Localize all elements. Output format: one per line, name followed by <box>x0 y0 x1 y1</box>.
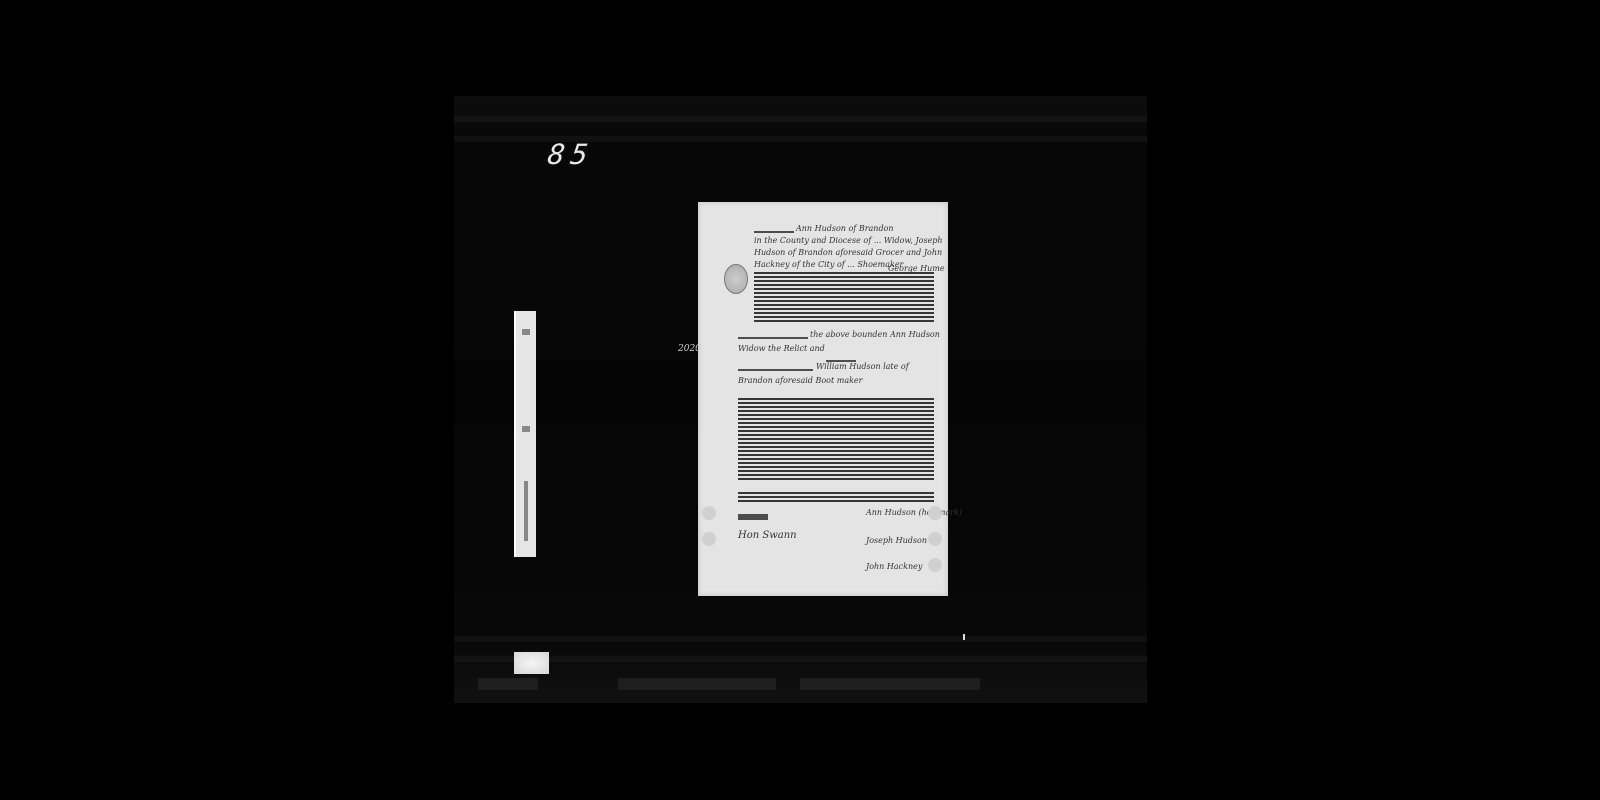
film-band <box>454 656 1147 662</box>
margin-number: 2020 <box>678 344 701 354</box>
signature: John Hackney <box>866 562 922 571</box>
stamp-seal-icon <box>724 264 748 294</box>
sealed-print <box>738 514 768 520</box>
deceased-print <box>738 369 813 371</box>
film-edge-bar <box>618 678 776 690</box>
witness-signature: Hon Swann <box>738 530 797 541</box>
condition-print <box>738 337 808 339</box>
header-script-line: in the County and Diocese of ... Widow, … <box>754 236 943 245</box>
header-print <box>754 231 794 233</box>
header-script-line: Ann Hudson of Brandon <box>796 224 894 233</box>
seal-wafer-icon <box>702 506 716 520</box>
frame-number: 85 <box>546 138 596 171</box>
signature: Ann Hudson (her mark) <box>866 508 962 517</box>
condition-script: Widow the Relict and <box>738 344 825 353</box>
side-label-strip <box>514 311 536 557</box>
seal-wafer-icon <box>928 532 942 546</box>
recipient-name: George Hume <box>888 264 945 273</box>
film-band <box>454 636 1147 642</box>
film-speck <box>963 634 965 640</box>
film-band <box>454 116 1147 122</box>
closing-print <box>738 492 934 504</box>
deceased-script: William Hudson late of <box>816 362 909 371</box>
signature: Joseph Hudson <box>866 536 927 545</box>
document-page: Ann Hudson of Brandon in the County and … <box>698 202 948 596</box>
side-label-mark <box>522 426 530 432</box>
seal-wafer-icon <box>702 532 716 546</box>
bond-body-print <box>754 272 934 324</box>
header-script-line: Hudson of Brandon aforesaid Grocer and J… <box>754 248 942 257</box>
film-edge-bar <box>800 678 980 690</box>
header-script-line: Hackney of the City of ... Shoemaker <box>754 260 903 269</box>
condition-body-print <box>738 398 934 482</box>
deceased-script: Brandon aforesaid Boot maker <box>738 376 863 385</box>
side-label-mark <box>524 481 528 541</box>
seal-wafer-icon <box>928 506 942 520</box>
seal-wafer-icon <box>928 558 942 572</box>
film-edge-bar <box>478 678 538 690</box>
film-marker <box>514 652 549 674</box>
condition-script: the above bounden Ann Hudson <box>810 330 940 339</box>
side-label-mark <box>522 329 530 335</box>
